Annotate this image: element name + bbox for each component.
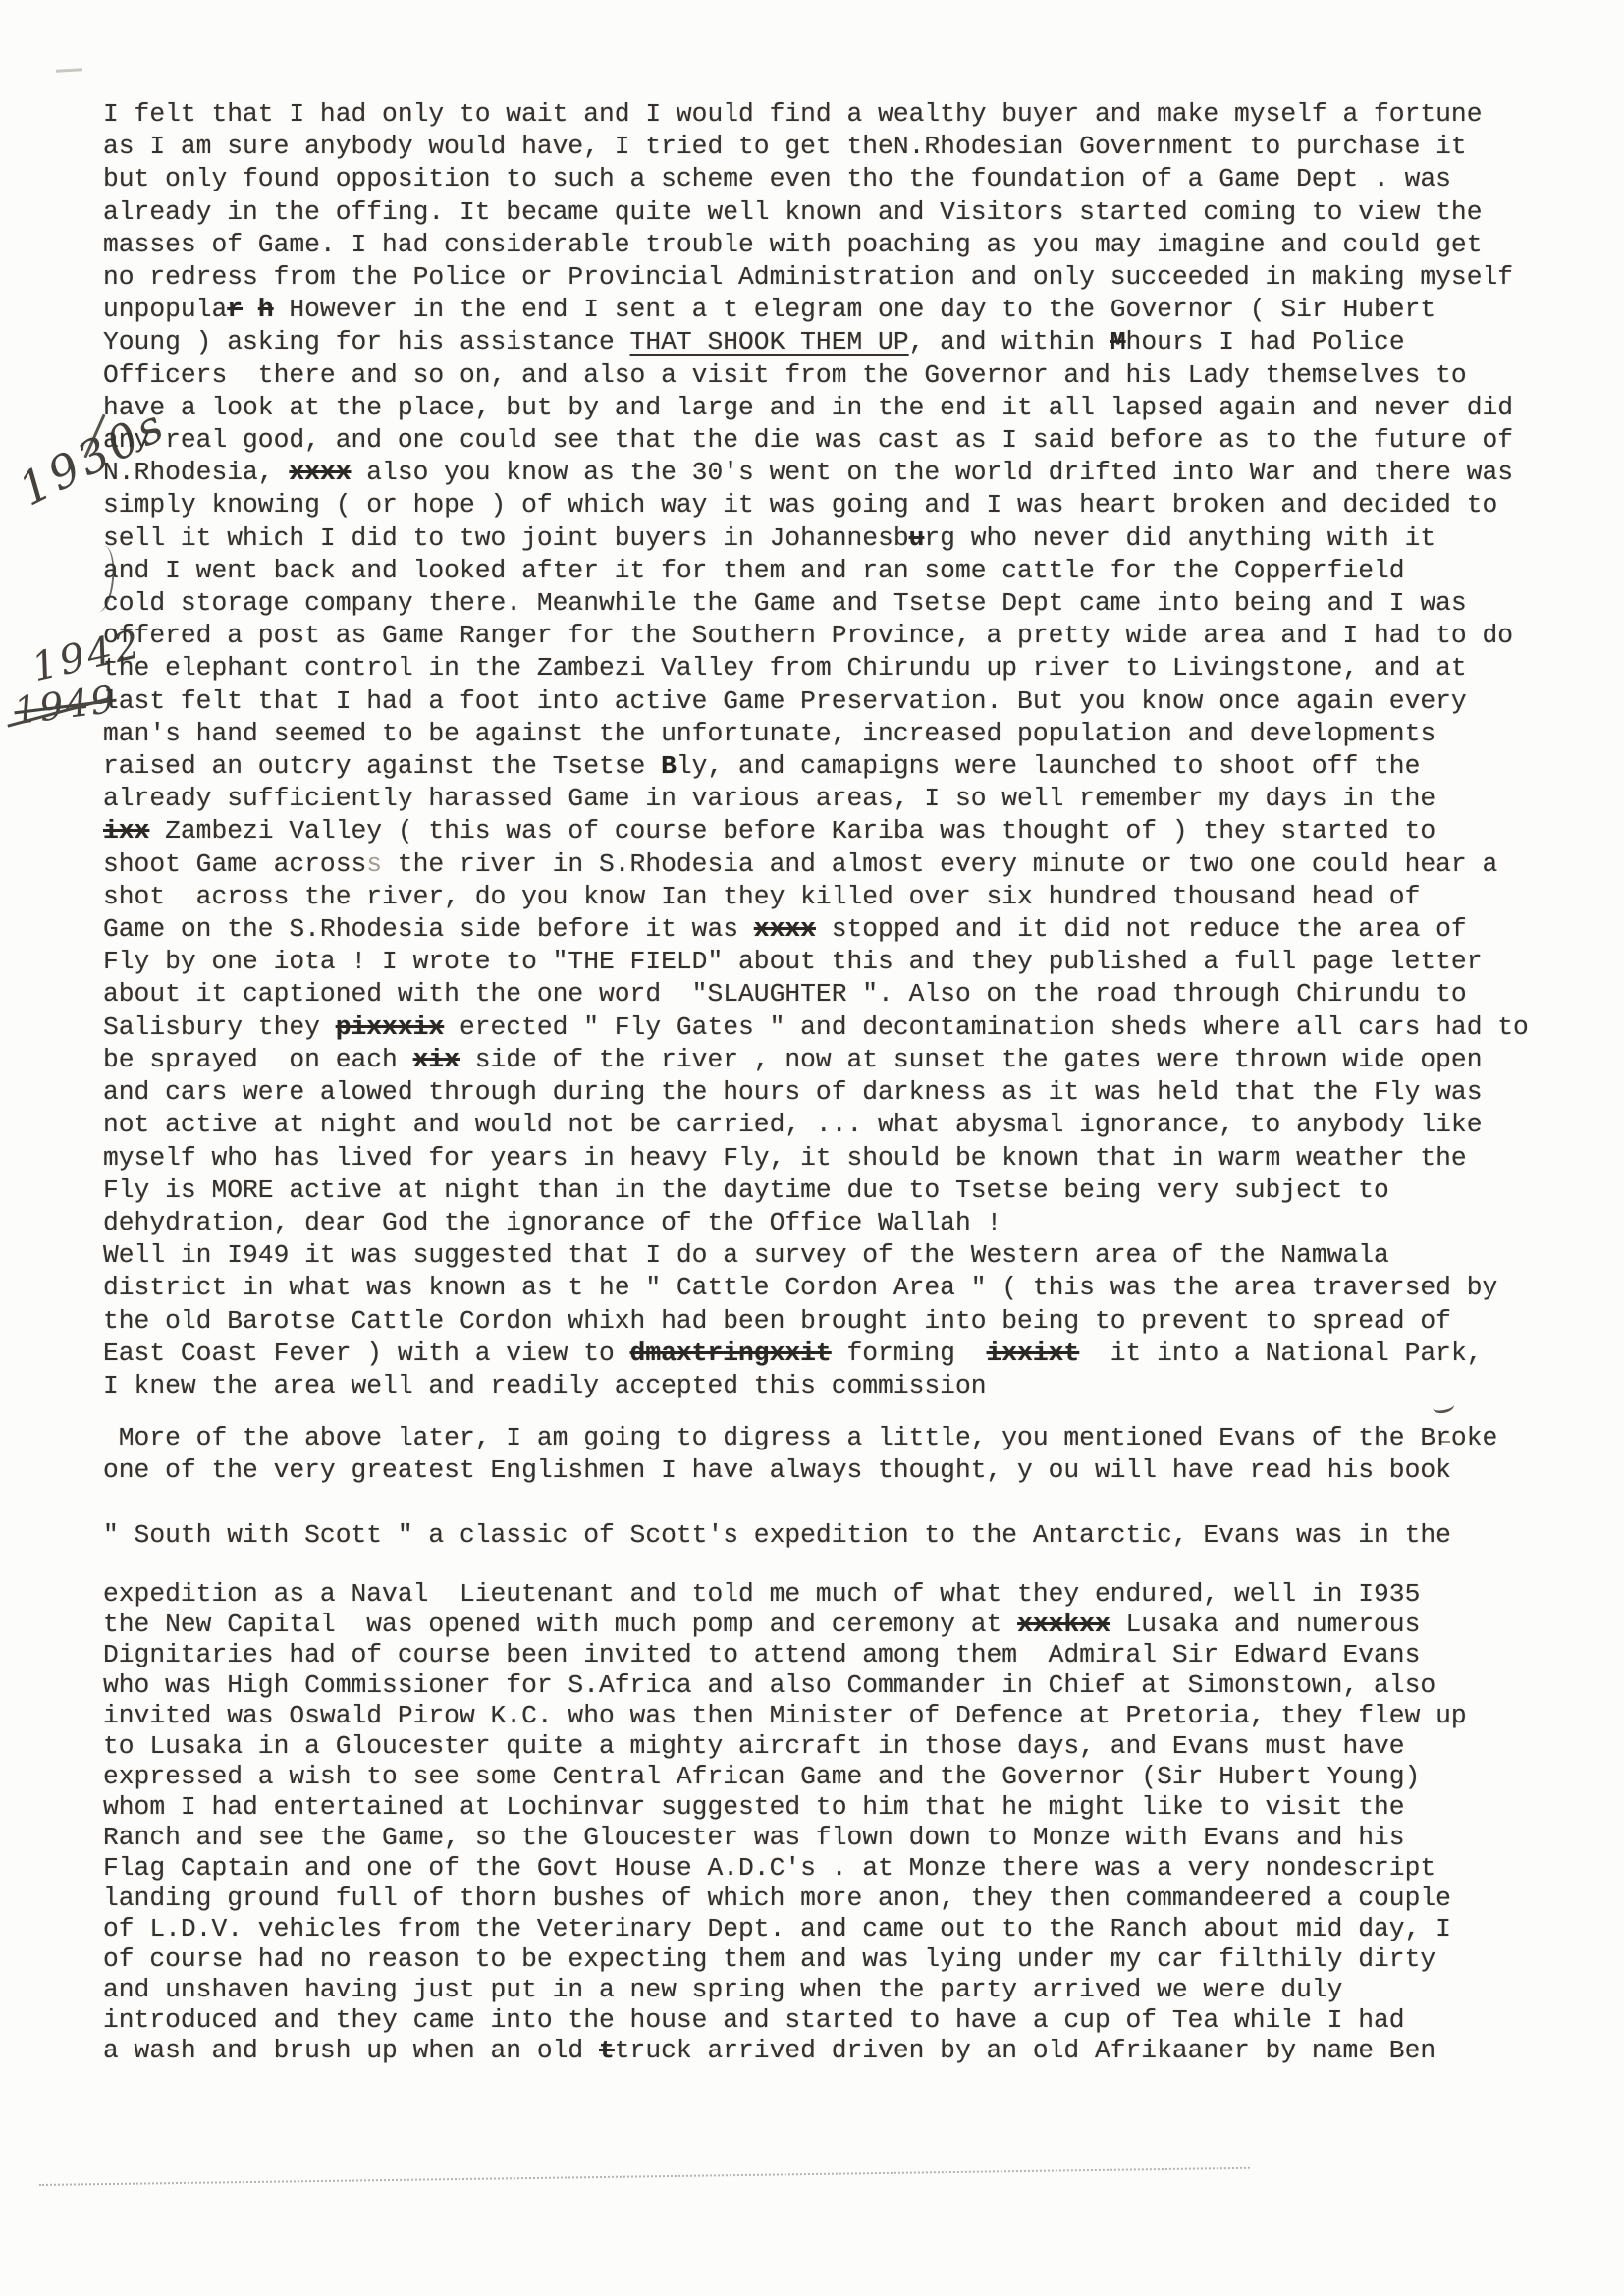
text-run: erected " Fly Gates " and decontaminatio… [444,1012,1529,1042]
text-run: but only found opposition to such a sche… [103,164,1451,193]
text-line: as I am sure anybody would have, I tried… [103,131,1576,163]
text-run: the river in S.Rhodesia and almost every… [382,849,1497,879]
scan-artifact-dash [56,68,82,72]
text-run: East Coast Fever ) with a view to [103,1339,630,1368]
text-line: and cars were alowed through during the … [103,1076,1576,1109]
text-run: Dignitaries had of course been invited t… [103,1640,1420,1669]
strike-text: xxxx [754,914,816,944]
text-run: truck arrived driven by an old Afrikaane… [615,2036,1435,2065]
text-line: masses of Game. I had considerable troub… [103,229,1576,261]
text-run: Zambezi Valley ( this was of course befo… [149,816,1435,846]
paragraph: expedition as a Naval Lieutenant and tol… [103,1579,1576,2066]
text-line: Well in I949 it was suggested that I do … [103,1239,1576,1272]
strike-text: xxxx [289,458,351,487]
text-line: already in the offing. It became quite w… [103,196,1576,229]
text-run: Fly by one iota ! I wrote to "THE FIELD"… [103,947,1482,976]
text-line: to Lusaka in a Gloucester quite a mighty… [103,1731,1576,1762]
strike-text: u [909,523,925,553]
strike-text: xxxkxx [1017,1610,1110,1639]
text-run: dehydration, dear God the ignorance of t… [103,1208,1001,1237]
text-run: the old Barotse Cattle Cordon whixh had … [103,1306,1451,1336]
text-line: offered a post as Game Ranger for the So… [103,620,1576,652]
text-run: and unshaven having just put in a new sp… [103,1975,1342,2004]
text-line: N.Rhodesia, xxxx also you know as the 30… [103,457,1576,489]
paragraph: More of the above later, I am going to d… [103,1422,1576,1487]
scanned-document-page: 1930s 1942 1949 I felt that I had only t… [0,0,1624,2296]
text-run: no redress from the Police or Provincial… [103,262,1513,292]
strike-text: ixxixt [987,1339,1080,1368]
text-line: Game on the S.Rhodesia side before it wa… [103,913,1576,946]
text-run: landing ground full of thorn bushes of w… [103,1884,1451,1913]
text-line: East Coast Fever ) with a view to dmaxtr… [103,1338,1576,1370]
text-line: landing ground full of thorn bushes of w… [103,1884,1576,1914]
text-line: about it captioned with the one word "SL… [103,978,1576,1011]
text-line: Ranch and see the Game, so the Glouceste… [103,1823,1576,1853]
text-run: expedition as a Naval Lieutenant and tol… [103,1579,1420,1609]
text-line: sell it which I did to two joint buyers … [103,522,1576,555]
text-run: myself who has lived for years in heavy … [103,1143,1467,1173]
text-line: not active at night and would not be car… [103,1109,1576,1141]
scan-artifact-line [39,2167,1250,2186]
text-line: who was High Commissioner for S.Africa a… [103,1670,1576,1701]
text-run: shoot Game across [103,849,366,879]
text-line: be sprayed on each xix side of the river… [103,1044,1576,1076]
text-run: one of the very greatest Englishmen I ha… [103,1455,1451,1485]
text-line: raised an outcry against the Tsetse Bly,… [103,750,1576,783]
text-run: I felt that I had only to wait and I wou… [103,99,1482,129]
text-run: Young ) asking for his assistance [103,327,630,356]
text-run: the New Capital was opened with much pom… [103,1610,1017,1639]
text-run: man's hand seemed to be against the unfo… [103,719,1435,748]
text-line: a wash and brush up when an old ttruck a… [103,2036,1576,2066]
text-line: shot across the river, do you know Ian t… [103,881,1576,913]
text-run: raised an outcry against the Tsetse [103,751,661,781]
strike-text: ixx [103,816,149,846]
text-line: More of the above later, I am going to d… [103,1422,1576,1454]
text-run: Well in I949 it was suggested that I do … [103,1240,1389,1270]
text-run: of L.D.V. vehicles from the Veterinary D… [103,1914,1451,1943]
text-run: it into a National Park, [1079,1339,1482,1368]
text-run: However in the end I sent a t elegram on… [274,295,1436,324]
text-run: rg who never did anything with it [924,523,1435,553]
text-run: simply knowing ( or hope ) of which way … [103,490,1497,519]
text-line: one of the very greatest Englishmen I ha… [103,1454,1576,1487]
text-line: I knew the area well and readily accepte… [103,1370,1576,1402]
text-run: More of the above later, I am going to d… [103,1423,1497,1452]
text-line: the elephant control in the Zambezi Vall… [103,652,1576,684]
strike-text: dmaxtringxxit [630,1339,832,1368]
text-run: be sprayed on each [103,1045,413,1074]
text-line: shoot Game acrosss the river in S.Rhodes… [103,848,1576,881]
text-run: forming [832,1339,987,1368]
text-run: any real good, and one could see that th… [103,425,1513,455]
text-line: the old Barotse Cattle Cordon whixh had … [103,1305,1576,1338]
typewritten-text: I felt that I had only to wait and I wou… [103,98,1576,2066]
text-run: Salisbury they [103,1012,336,1042]
text-run: Fly is MORE active at night than in the … [103,1175,1389,1205]
text-line: no redress from the Police or Provincial… [103,261,1576,294]
text-run: the elephant control in the Zambezi Vall… [103,653,1467,683]
text-line: Dignitaries had of course been invited t… [103,1640,1576,1670]
text-line: myself who has lived for years in heavy … [103,1142,1576,1175]
text-run: district in what was known as t he " Cat… [103,1273,1497,1302]
text-run: masses of Game. I had considerable troub… [103,230,1482,259]
text-run: Ranch and see the Game, so the Glouceste… [103,1823,1405,1852]
text-run: Lusaka and numerous [1110,1610,1421,1639]
paragraph: " South with Scott " a classic of Scott'… [103,1519,1576,1552]
strike-text: M [1110,327,1126,356]
text-run: I knew the area well and readily accepte… [103,1371,987,1400]
text-run: stopped and it did not reduce the area o… [816,914,1467,944]
text-run: last felt that I had a foot into active … [103,686,1467,716]
text-run: to Lusaka in a Gloucester quite a mighty… [103,1731,1405,1761]
text-line: Fly by one iota ! I wrote to "THE FIELD"… [103,946,1576,978]
strike-text: pixxxix [336,1012,444,1042]
text-line: expressed a wish to see some Central Afr… [103,1762,1576,1792]
underline-text: THAT SHOOK THEM UP [630,327,909,356]
text-line: and unshaven having just put in a new sp… [103,1975,1576,2005]
text-run: already in the offing. It became quite w… [103,197,1482,227]
text-line: Young ) asking for his assistance THAT S… [103,326,1576,358]
text-run: " South with Scott " a classic of Scott'… [103,1520,1451,1550]
text-run: and cars were alowed through during the … [103,1077,1482,1107]
text-run: shot across the river, do you know Ian t… [103,882,1420,911]
text-line: " South with Scott " a classic of Scott'… [103,1519,1576,1552]
text-line: district in what was known as t he " Cat… [103,1272,1576,1304]
text-line: have a look at the place, but by and lar… [103,392,1576,424]
text-line: Salisbury they pixxxix erected " Fly Gat… [103,1011,1576,1044]
text-run: side of the river , now at sunset the ga… [460,1045,1483,1074]
text-run: ly, and camapigns were launched to shoot… [677,751,1420,781]
text-run: already sufficiently harassed Game in va… [103,784,1435,813]
strike-text: xix [413,1045,460,1074]
text-run: offered a post as Game Ranger for the So… [103,621,1513,650]
text-line: already sufficiently harassed Game in va… [103,783,1576,815]
text-line: man's hand seemed to be against the unfo… [103,718,1576,750]
light-text: s [366,849,382,879]
text-run [243,295,258,324]
text-run: as I am sure anybody would have, I tried… [103,132,1467,161]
bold-text: B [661,751,677,781]
text-line: ixx Zambezi Valley ( this was of course … [103,815,1576,847]
text-line: of course had no reason to be expecting … [103,1944,1576,1975]
text-line: any real good, and one could see that th… [103,424,1576,457]
text-run: whom I had entertained at Lochinvar sugg… [103,1792,1405,1822]
text-line: and I went back and looked after it for … [103,555,1576,587]
strike-text: r [227,295,243,324]
strike-text: h [258,295,274,324]
strike-text: t [599,2036,615,2065]
text-run: sell it which I did to two joint buyers … [103,523,909,553]
text-run: who was High Commissioner for S.Africa a… [103,1670,1435,1700]
text-run: have a look at the place, but by and lar… [103,393,1513,422]
text-line: I felt that I had only to wait and I wou… [103,98,1576,131]
text-line: cold storage company there. Meanwhile th… [103,587,1576,620]
text-run: invited was Oswald Pirow K.C. who was th… [103,1701,1467,1730]
text-run: cold storage company there. Meanwhile th… [103,588,1467,618]
text-run: , and within [909,327,1110,356]
text-run: expressed a wish to see some Central Afr… [103,1762,1420,1791]
text-line: but only found opposition to such a sche… [103,163,1576,195]
text-run: not active at night and would not be car… [103,1110,1482,1139]
text-line: Fly is MORE active at night than in the … [103,1175,1576,1207]
text-run: Officers there and so on, and also a vis… [103,360,1467,390]
text-line: whom I had entertained at Lochinvar sugg… [103,1792,1576,1823]
text-line: simply knowing ( or hope ) of which way … [103,489,1576,521]
text-run: about it captioned with the one word "SL… [103,979,1467,1009]
text-run: a wash and brush up when an old [103,2036,599,2065]
text-run: unpopula [103,295,227,324]
text-run: introduced and they came into the house … [103,2005,1405,2035]
text-line: invited was Oswald Pirow K.C. who was th… [103,1701,1576,1731]
text-line: Officers there and so on, and also a vis… [103,359,1576,392]
text-line: last felt that I had a foot into active … [103,685,1576,718]
text-run: N.Rhodesia, [103,458,289,487]
text-line: Flag Captain and one of the Govt House A… [103,1853,1576,1884]
text-line: of L.D.V. vehicles from the Veterinary D… [103,1914,1576,1944]
text-line: unpopular h However in the end I sent a … [103,294,1576,326]
text-run: of course had no reason to be expecting … [103,1944,1435,1974]
text-run: Game on the S.Rhodesia side before it wa… [103,914,754,944]
paragraph: I felt that I had only to wait and I wou… [103,98,1576,1402]
text-run: and I went back and looked after it for … [103,556,1405,585]
text-run: Flag Captain and one of the Govt House A… [103,1853,1435,1883]
text-line: the New Capital was opened with much pom… [103,1610,1576,1640]
text-line: expedition as a Naval Lieutenant and tol… [103,1579,1576,1610]
text-line: dehydration, dear God the ignorance of t… [103,1207,1576,1239]
text-run: hours I had Police [1126,327,1405,356]
text-line: introduced and they came into the house … [103,2005,1576,2036]
text-run: also you know as the 30's went on the wo… [352,458,1514,487]
